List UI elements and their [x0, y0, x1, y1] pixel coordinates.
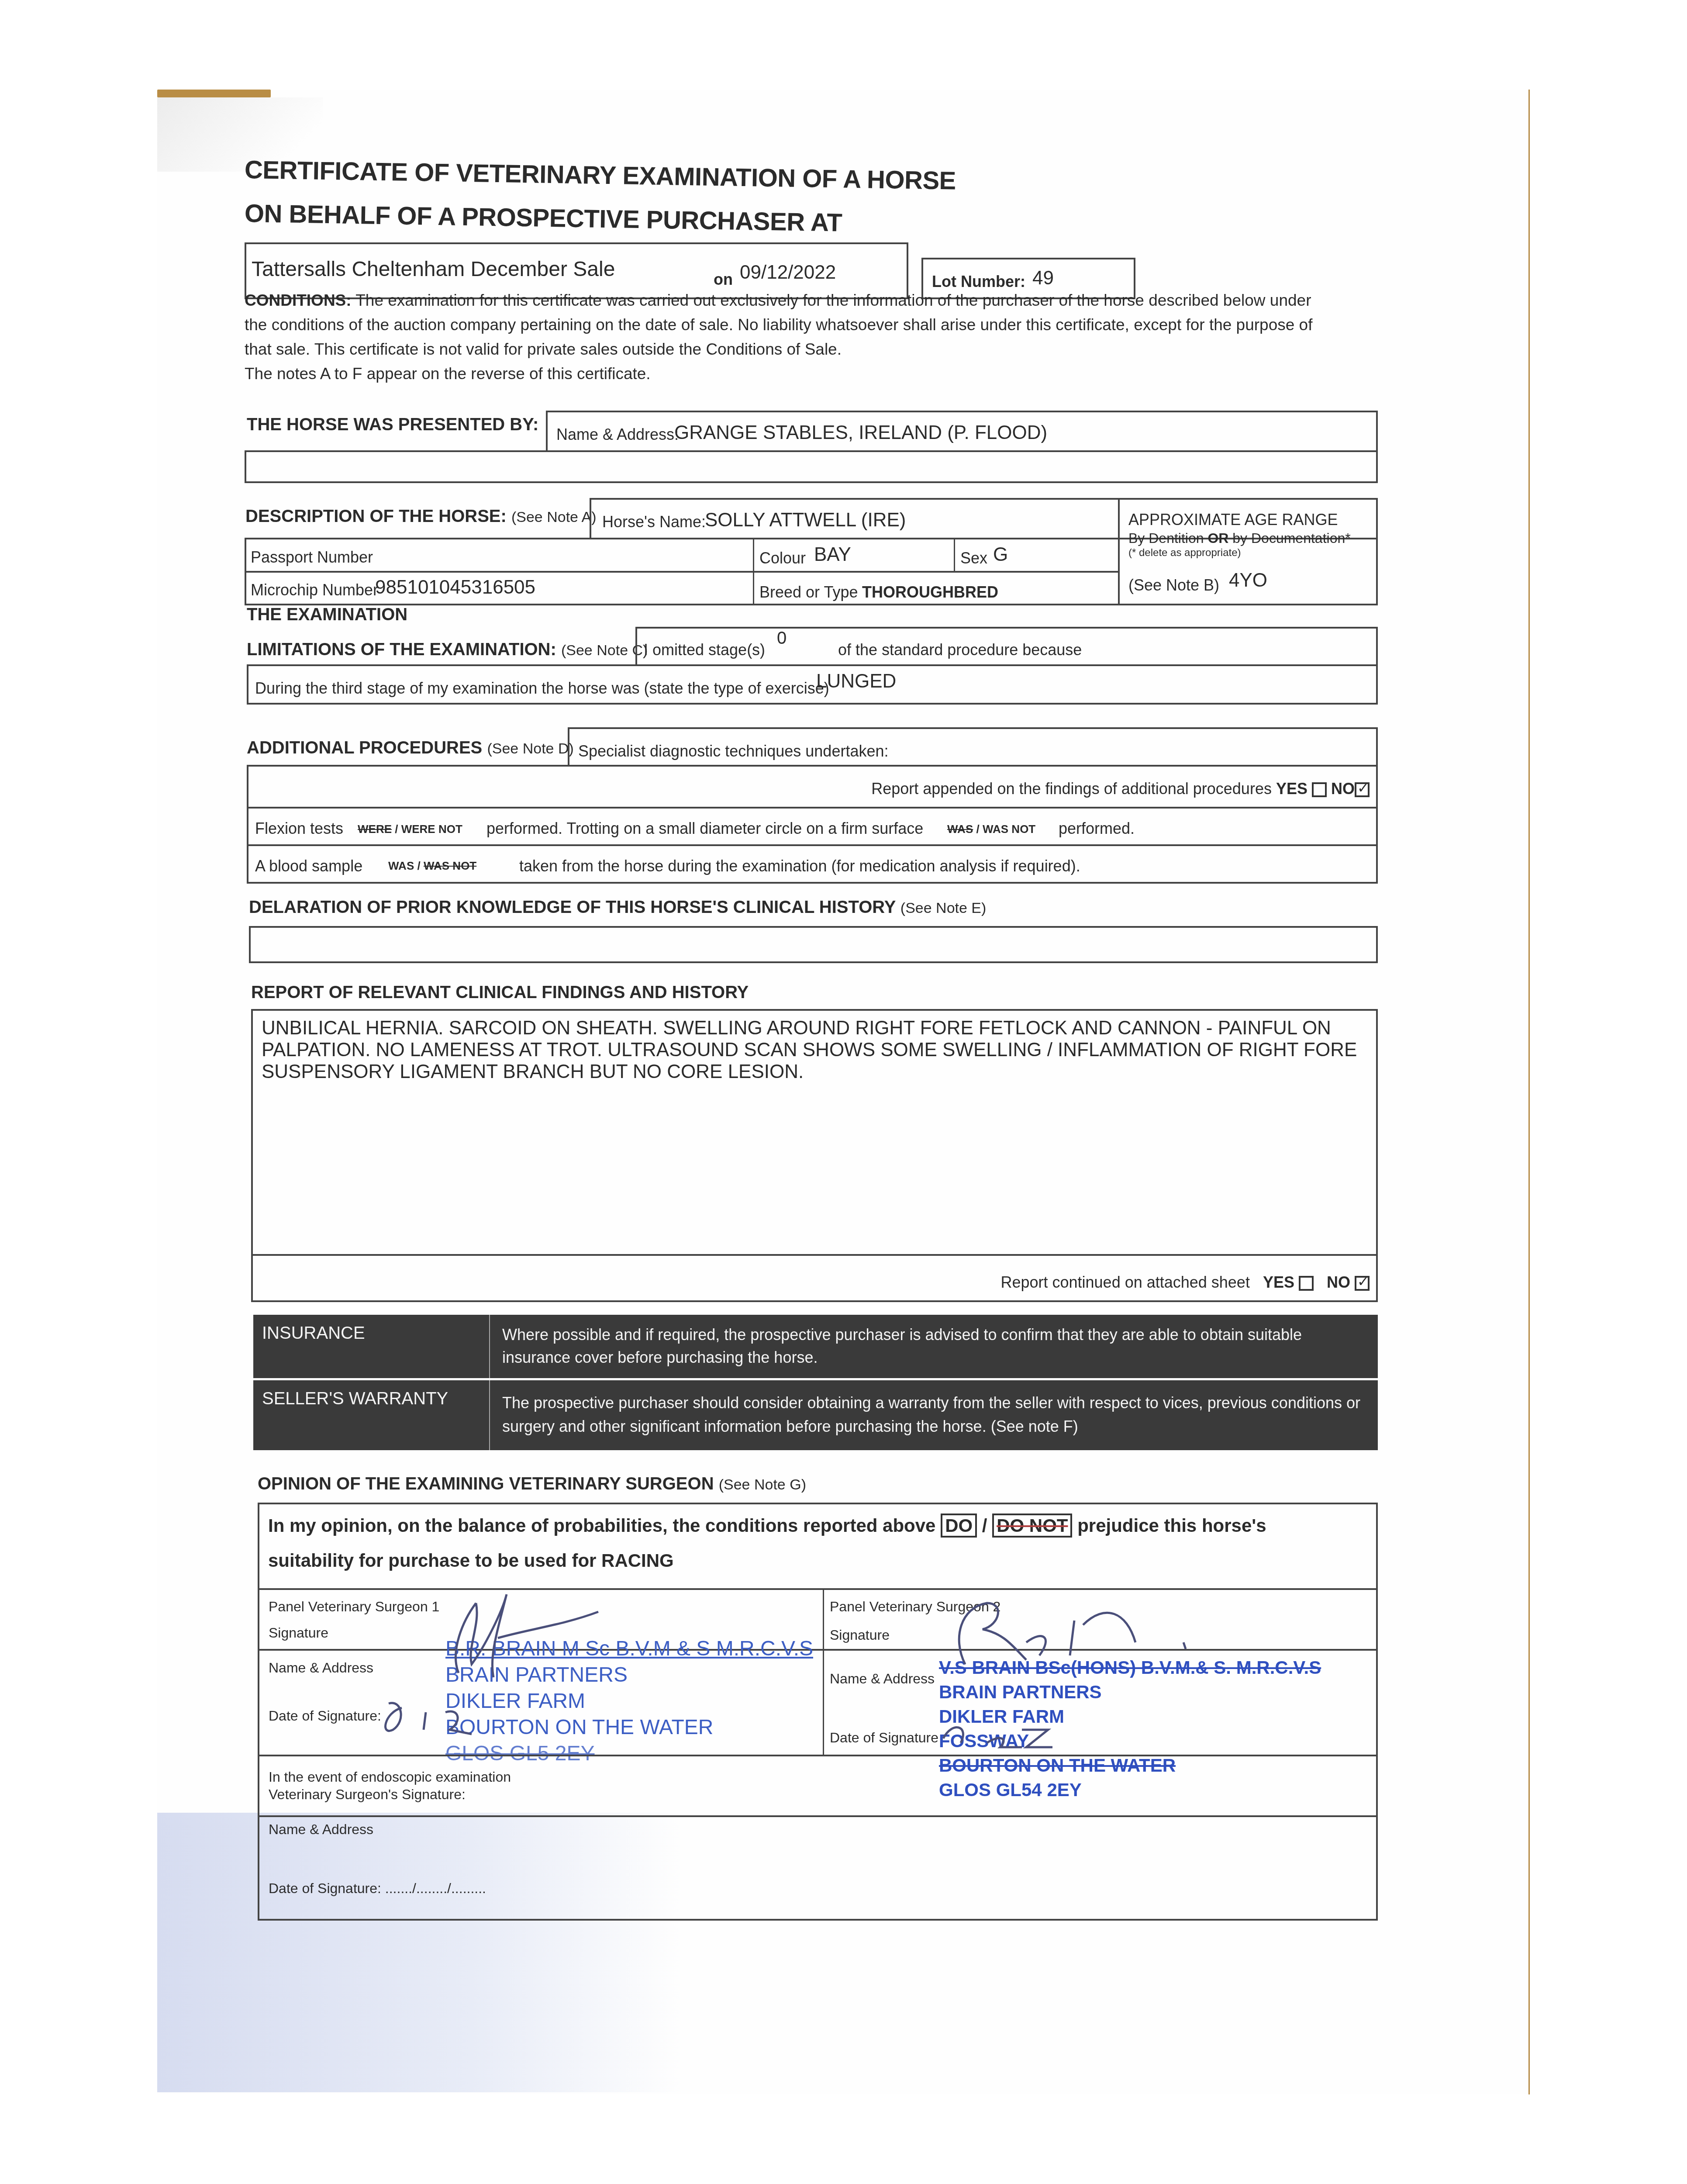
sellers-warranty-notice: SELLER'S WARRANTY The prospective purcha…	[253, 1380, 1378, 1450]
report-appended-yes-checkbox[interactable]	[1312, 782, 1327, 797]
flexion-tests-row: Flexion tests WERE / WERE NOT performed.…	[247, 807, 1378, 846]
endoscopic-label-2: Veterinary Surgeon's Signature:	[269, 1787, 466, 1803]
no-option: NO	[1331, 780, 1355, 798]
description-label: DESCRIPTION OF THE HORSE: (See Note A)	[245, 507, 597, 526]
age-range-title: APPROXIMATE AGE RANGE	[1128, 511, 1338, 529]
trotting-suffix: performed.	[1059, 819, 1135, 838]
presented-name-value[interactable]: GRANGE STABLES, IRELAND (P. FLOOD)	[674, 422, 1047, 444]
sale-name[interactable]: Tattersalls Cheltenham December Sale	[252, 257, 615, 281]
third-stage-box: During the third stage of my examination…	[247, 664, 1378, 705]
additional-procedures-label: ADDITIONAL PROCEDURES (See Note D)	[247, 738, 574, 758]
insurance-label: INSURANCE	[262, 1324, 365, 1343]
age-method: By Dentition OR by Documentation*	[1128, 530, 1351, 546]
insurance-text: Where possible and if required, the pros…	[502, 1324, 1371, 1369]
blood-sample-label: A blood sample	[255, 857, 362, 875]
third-stage-value[interactable]: LUNGED	[816, 670, 896, 692]
sellers-warranty-label: SELLER'S WARRANTY	[262, 1389, 448, 1409]
presented-by-address-line[interactable]	[245, 450, 1378, 483]
sale-on-label: on	[714, 270, 733, 289]
report-appended-options: Report appended on the findings of addit…	[871, 780, 1370, 798]
opinion-statement: In my opinion, on the balance of probabi…	[268, 1515, 1266, 1536]
microchip-value[interactable]: 985101045316505	[375, 577, 535, 598]
lot-number-value[interactable]: 49	[1032, 267, 1054, 289]
surgeon2-date-handwriting	[935, 1712, 1066, 1756]
surgeon1-date-handwriting	[376, 1695, 533, 1743]
report-continued-row: Report continued on attached sheet YES N…	[251, 1254, 1378, 1302]
report-continued-no-checkbox[interactable]	[1355, 1276, 1370, 1291]
paper-edge	[157, 90, 271, 97]
report-box: UNBILICAL HERNIA. SARCOID ON SHEATH. SWE…	[251, 1009, 1378, 1256]
report-continued-options: Report continued on attached sheet YES N…	[1000, 1273, 1370, 1292]
conditions-label: CONDITIONS:	[245, 291, 352, 309]
report-appended-row: Report appended on the findings of addit…	[247, 765, 1378, 809]
passport-label: Passport Number	[251, 548, 373, 567]
age-delete-note: (* delete as appropriate)	[1128, 547, 1241, 559]
insurance-notice: INSURANCE Where possible and if required…	[253, 1315, 1378, 1378]
opinion-purpose: suitability for purchase to be used for …	[268, 1550, 674, 1571]
surgeon2-name-label: Name & Address	[830, 1671, 935, 1687]
flexion-suffix: performed. Trotting on a small diameter …	[486, 819, 923, 838]
presented-by-box: Name & Address: GRANGE STABLES, IRELAND …	[546, 411, 1378, 452]
surgeon2-date-label: Date of Signature	[830, 1730, 938, 1746]
opinion-do-option[interactable]: DO	[941, 1514, 977, 1538]
notes-reference: The notes A to F appear on the reverse o…	[245, 365, 651, 383]
age-range-box: APPROXIMATE AGE RANGE By Dentition OR by…	[1118, 498, 1378, 605]
declaration-label: DELARATION OF PRIOR KNOWLEDGE OF THIS HO…	[249, 898, 986, 917]
presented-name-label: Name & Address:	[556, 425, 679, 444]
surgeon1-signature-label: Signature	[269, 1625, 328, 1641]
yes-option: YES	[1276, 780, 1308, 798]
blood-sample-suffix: taken from the horse during the examinat…	[519, 857, 1080, 875]
opinion-box: In my opinion, on the balance of probabi…	[258, 1503, 1378, 1590]
specialist-techniques-box[interactable]: Specialist diagnostic techniques underta…	[568, 727, 1378, 767]
omitted-value[interactable]: 0	[777, 629, 787, 648]
breed-label: Breed or Type	[759, 583, 858, 601]
specialist-label: Specialist diagnostic techniques underta…	[578, 742, 888, 760]
surgeon2-signature-label: Signature	[830, 1627, 890, 1643]
opinion-do-not-option[interactable]: DO NOT	[992, 1514, 1072, 1538]
sex-value[interactable]: G	[993, 544, 1008, 566]
endoscopic-label-1: In the event of endoscopic examination	[269, 1769, 511, 1785]
blood-sample-row: A blood sample WAS / WAS NOT taken from …	[247, 844, 1378, 884]
third-stage-label: During the third stage of my examination…	[255, 679, 829, 698]
age-value[interactable]: 4YO	[1229, 570, 1267, 591]
declaration-field[interactable]	[249, 926, 1378, 963]
flexion-label: Flexion tests	[255, 819, 343, 838]
sale-date[interactable]: 09/12/2022	[740, 262, 836, 283]
flexion-option[interactable]: WERE / WERE NOT	[358, 822, 462, 836]
limitations-label: LIMITATIONS OF THE EXAMINATION: (See Not…	[247, 640, 648, 660]
sellers-warranty-text: The prospective purchaser should conside…	[502, 1391, 1367, 1438]
surgeon2-signature[interactable]	[939, 1594, 1245, 1669]
endoscopic-name-label: Name & Address	[269, 1821, 373, 1838]
sex-label: Sex	[960, 549, 987, 567]
surgeon1-name-label: Name & Address	[269, 1660, 373, 1676]
report-appended-no-checkbox[interactable]	[1355, 782, 1370, 797]
microchip-label: Microchip Number	[251, 581, 378, 599]
age-note-ref: (See Note B)	[1128, 576, 1219, 594]
report-label: REPORT OF RELEVANT CLINICAL FINDINGS AND…	[251, 983, 749, 1002]
report-continued-yes-checkbox[interactable]	[1299, 1276, 1314, 1291]
breed-value[interactable]: THOROUGHBRED	[862, 583, 998, 601]
blood-sample-option[interactable]: WAS / WAS NOT	[388, 859, 476, 873]
surgeon1-signature[interactable]	[432, 1586, 616, 1682]
trotting-option[interactable]: WAS / WAS NOT	[947, 822, 1035, 836]
omitted-suffix: of the standard procedure because	[838, 641, 1082, 659]
presented-by-label: THE HORSE WAS PRESENTED BY:	[247, 415, 538, 435]
colour-value[interactable]: BAY	[814, 544, 851, 566]
horse-name-label: Horse's Name:	[602, 513, 706, 531]
endoscopic-date-label: Date of Signature: ......./......../....…	[269, 1880, 486, 1897]
colour-label: Colour	[759, 549, 806, 567]
omitted-label: I omitted stage(s)	[644, 641, 765, 659]
omitted-stages-box: I omitted stage(s) 0 of the standard pro…	[635, 627, 1378, 666]
surgeon1-heading: Panel Veterinary Surgeon 1	[269, 1599, 439, 1615]
report-text[interactable]: UNBILICAL HERNIA. SARCOID ON SHEATH. SWE…	[262, 1017, 1362, 1083]
horse-name-value[interactable]: SOLLY ATTWELL (IRE)	[705, 509, 906, 531]
conditions-text: CONDITIONS: The examination for this cer…	[245, 288, 1336, 386]
opinion-label: OPINION OF THE EXAMINING VETERINARY SURG…	[258, 1474, 806, 1494]
examination-heading: THE EXAMINATION	[247, 605, 407, 625]
surgeon1-date-label: Date of Signature:	[269, 1708, 381, 1724]
